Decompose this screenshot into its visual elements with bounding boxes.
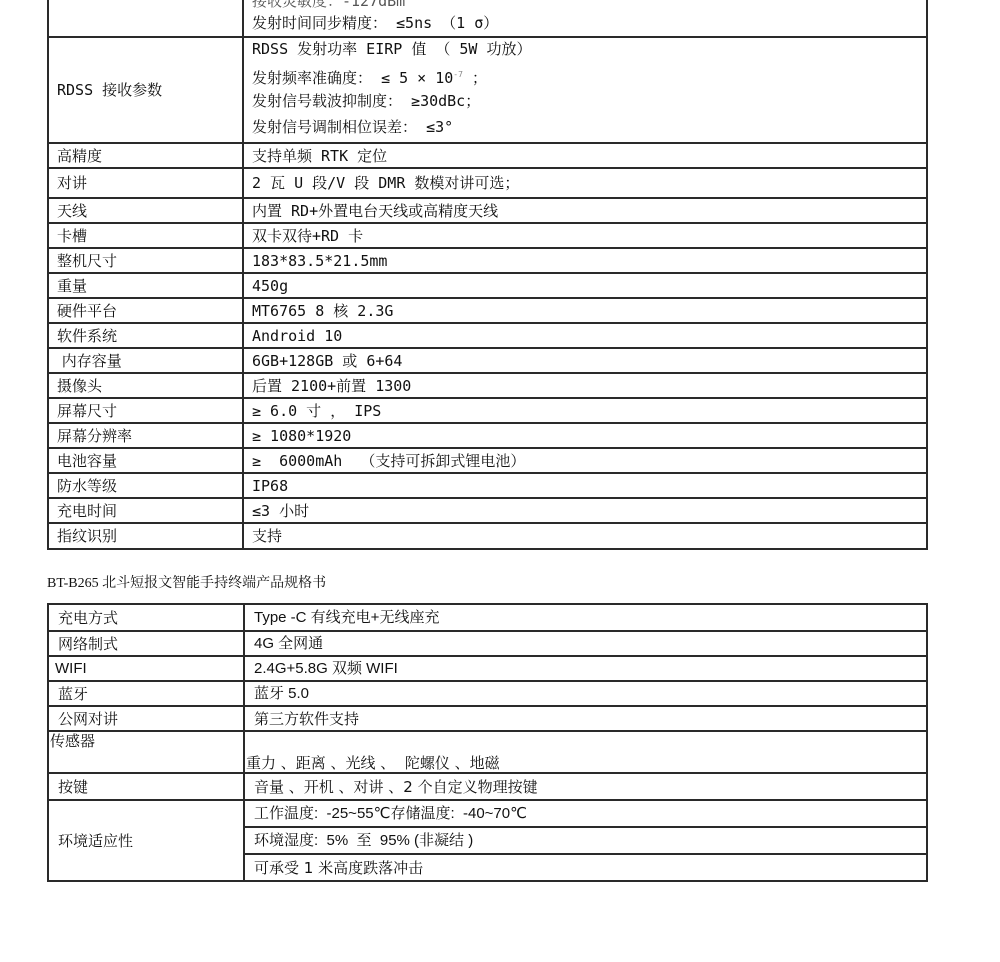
sync-precision-line: 发射时间同步精度： ≤5ns （1 σ） xyxy=(252,10,926,36)
spec-table-1: 接收灵敏度：-127dBm 发射时间同步精度： ≤5ns （1 σ） RDSS … xyxy=(47,0,928,550)
row-value: 蓝牙 5.0 xyxy=(244,681,927,706)
row-label: RDSS 接收参数 xyxy=(48,37,243,143)
row-value: 6GB+128GB 或 6+64 xyxy=(243,348,927,373)
semicolon: ； xyxy=(463,69,487,87)
row-label: 摄像头 xyxy=(48,373,243,398)
row-label: 按键 xyxy=(48,773,244,800)
row-label: 整机尺寸 xyxy=(48,248,243,273)
table-row: 接收灵敏度：-127dBm 发射时间同步精度： ≤5ns （1 σ） xyxy=(48,0,927,37)
rdss-eirp-line: RDSS 发射功率 EIRP 值 （ 5W 功放） xyxy=(252,38,926,62)
row-label: 高精度 xyxy=(48,143,243,168)
row-value: 环境湿度: 5% 至 95% (非凝结 ) xyxy=(244,827,927,854)
row-label: 蓝牙 xyxy=(48,681,244,706)
table-row: 充电时间≤3 小时 xyxy=(48,498,927,523)
rdss-freq-accuracy-line: 发射频率准确度： ≤ 5 × 10-7 ； xyxy=(252,62,926,88)
row-value: 可承受 1 米高度跌落冲击 xyxy=(244,854,927,881)
table-row: 传感器 重力 、距离 、光线 、 陀螺仪 、地磁 xyxy=(48,731,927,773)
document-caption: BT-B265 北斗短报文智能手持终端产品规格书 xyxy=(47,576,326,592)
row-value: 2.4G+5.8G 双频 WIFI xyxy=(244,656,927,681)
row-label: 卡槽 xyxy=(48,223,243,248)
row-label: 防水等级 xyxy=(48,473,243,498)
row-label: 硬件平台 xyxy=(48,298,243,323)
row-label: WIFI xyxy=(48,656,244,681)
row-label: 对讲 xyxy=(48,168,243,198)
table-row: RDSS 接收参数 RDSS 发射功率 EIRP 值 （ 5W 功放） 发射频率… xyxy=(48,37,927,143)
table-row: 屏幕分辨率≥ 1080*1920 xyxy=(48,423,927,448)
row-value: 内置 RD+外置电台天线或高精度天线 xyxy=(243,198,927,223)
row-label: 天线 xyxy=(48,198,243,223)
row-label: 内存容量 xyxy=(48,348,243,373)
row-value: RDSS 发射功率 EIRP 值 （ 5W 功放） 发射频率准确度： ≤ 5 ×… xyxy=(243,37,927,143)
row-value: ≤3 小时 xyxy=(243,498,927,523)
rdss-carrier-suppression-line: 发射信号载波抑制度： ≥30dBc； xyxy=(252,88,926,114)
table-row: 屏幕尺寸≥ 6.0 寸 ， IPS xyxy=(48,398,927,423)
row-value: IP68 xyxy=(243,473,927,498)
table-row: 按键音量 、开机 、对讲 、2 个自定义物理按键 xyxy=(48,773,927,800)
table-row: 充电方式Type -C 有线充电+无线座充 xyxy=(48,604,927,631)
row-value: ≥ 6000mAh （支持可拆卸式锂电池） xyxy=(243,448,927,473)
row-value: 450g xyxy=(243,273,927,298)
row-label xyxy=(48,0,243,37)
table-row: WIFI2.4G+5.8G 双频 WIFI xyxy=(48,656,927,681)
table-row: 对讲2 瓦 U 段/V 段 DMR 数模对讲可选； xyxy=(48,168,927,198)
table-row: 卡槽双卡双待+RD 卡 xyxy=(48,223,927,248)
receive-sensitivity-line: 接收灵敏度：-127dBm xyxy=(252,0,926,10)
row-value: 支持 xyxy=(243,523,927,549)
row-label: 传感器 xyxy=(48,731,244,773)
table-row: 高精度支持单频 RTK 定位 xyxy=(48,143,927,168)
row-label: 充电时间 xyxy=(48,498,243,523)
row-label: 屏幕分辨率 xyxy=(48,423,243,448)
row-value: 接收灵敏度：-127dBm 发射时间同步精度： ≤5ns （1 σ） xyxy=(243,0,927,37)
table-row: 整机尺寸183*83.5*21.5mm xyxy=(48,248,927,273)
row-label: 电池容量 xyxy=(48,448,243,473)
row-value: Android 10 xyxy=(243,323,927,348)
freq-accuracy-text: 发射频率准确度： ≤ 5 × 10 xyxy=(252,69,453,87)
row-value: ≥ 6.0 寸 ， IPS xyxy=(243,398,927,423)
table-row: 环境适应性 工作温度: -25~55℃存储温度: -40~70℃ xyxy=(48,800,927,827)
row-label: 软件系统 xyxy=(48,323,243,348)
row-value: 重力 、距离 、光线 、 陀螺仪 、地磁 xyxy=(244,731,927,773)
table-row: 网络制式4G 全网通 xyxy=(48,631,927,656)
row-value: Type -C 有线充电+无线座充 xyxy=(244,604,927,631)
table-row: 重量450g xyxy=(48,273,927,298)
table-row: 天线内置 RD+外置电台天线或高精度天线 xyxy=(48,198,927,223)
row-label: 环境适应性 xyxy=(48,800,244,881)
table-row: 摄像头后置 2100+前置 1300 xyxy=(48,373,927,398)
row-label: 屏幕尺寸 xyxy=(48,398,243,423)
row-value: 支持单频 RTK 定位 xyxy=(243,143,927,168)
row-value: 4G 全网通 xyxy=(244,631,927,656)
table-row: 蓝牙蓝牙 5.0 xyxy=(48,681,927,706)
row-label: 网络制式 xyxy=(48,631,244,656)
row-label: 充电方式 xyxy=(48,604,244,631)
row-value: 后置 2100+前置 1300 xyxy=(243,373,927,398)
row-value: 2 瓦 U 段/V 段 DMR 数模对讲可选； xyxy=(243,168,927,198)
table-row: 公网对讲第三方软件支持 xyxy=(48,706,927,731)
rdss-phase-error-line: 发射信号调制相位误差： ≤3° xyxy=(252,114,926,140)
row-label: 指纹识别 xyxy=(48,523,243,549)
row-label: 重量 xyxy=(48,273,243,298)
table-row: 软件系统Android 10 xyxy=(48,323,927,348)
table-row: 电池容量≥ 6000mAh （支持可拆卸式锂电池） xyxy=(48,448,927,473)
row-label: 公网对讲 xyxy=(48,706,244,731)
row-value: 工作温度: -25~55℃存储温度: -40~70℃ xyxy=(244,800,927,827)
row-value: 183*83.5*21.5mm xyxy=(243,248,927,273)
row-value: 第三方软件支持 xyxy=(244,706,927,731)
table-row: 防水等级IP68 xyxy=(48,473,927,498)
row-value: 音量 、开机 、对讲 、2 个自定义物理按键 xyxy=(244,773,927,800)
row-value: 双卡双待+RD 卡 xyxy=(243,223,927,248)
table-row: 指纹识别支持 xyxy=(48,523,927,549)
table-row: 内存容量6GB+128GB 或 6+64 xyxy=(48,348,927,373)
spec-table-2: 充电方式Type -C 有线充电+无线座充 网络制式4G 全网通 WIFI2.4… xyxy=(47,603,928,882)
table-row: 硬件平台MT6765 8 核 2.3G xyxy=(48,298,927,323)
row-value: ≥ 1080*1920 xyxy=(243,423,927,448)
exponent: -7 xyxy=(453,70,463,79)
row-value: MT6765 8 核 2.3G xyxy=(243,298,927,323)
